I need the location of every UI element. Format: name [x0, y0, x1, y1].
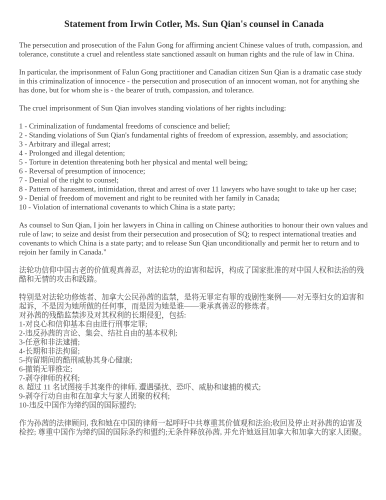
- list-item: 8. 超过 11 名试图接手其案件的律师, 遭遇骚扰、恐吓、威胁和逮捕的模式;: [19, 383, 369, 392]
- list-item: 8 - Pattern of harassment, intimidation,…: [19, 185, 369, 194]
- list-item: 5-拘留期间的酷刑威胁其身心健康;: [19, 356, 369, 365]
- list-item: 10-违反中国作为缔约国的国际盟约;: [19, 401, 369, 410]
- list-item: 3 - Arbitrary and illegal arrest;: [19, 140, 369, 149]
- list-item: 4 - Prolonged and illegal detention;: [19, 149, 369, 158]
- violations-list-zh: 1-对良心和信仰基本自由进行刑事定罪; 2-违反孙茜的言论、集会、结社自由的基本…: [19, 320, 369, 410]
- list-item: 5 - Torture in detention threatening bot…: [19, 158, 369, 167]
- paragraph-en-closing: As counsel to Sun Qian, I join her lawye…: [19, 221, 369, 257]
- list-item: 10 - Violation of international covenant…: [19, 203, 369, 212]
- paragraph-en-1: The persecution and prosecution of the F…: [19, 41, 369, 59]
- list-item: 1-对良心和信仰基本自由进行刑事定罪;: [19, 320, 369, 329]
- paragraph-zh-2: 特别是对法轮功修炼者、加拿大公民孙茜的监禁，是将无罪定有罪的戏剧性案例——对无辜…: [19, 293, 369, 311]
- paragraph-zh-1: 法轮功信仰中国古老的价值观真善忍，对法轮功的迫害和起诉，构成了国家批准的对中国人…: [19, 266, 369, 284]
- document-body: Statement from Irwin Cotler, Ms. Sun Qia…: [19, 0, 369, 446]
- paragraph-zh-intro-list: 对孙茜的残酷监禁涉及对其权利的长期侵犯，包括:: [19, 311, 369, 320]
- list-item: 3-任意和非法逮捕;: [19, 338, 369, 347]
- violations-list-en: 1 - Criminalization of fundamental freed…: [19, 122, 369, 212]
- list-item: 2 - Standing violations of Sun Qian's fu…: [19, 131, 369, 140]
- document-page: Statement from Irwin Cotler, Ms. Sun Qia…: [0, 0, 386, 500]
- paragraph-zh-closing: 作为孙茜的法律顾问, 我和她在中国的律师一起呼吁中共尊重其价值观和法治;收回及停…: [19, 419, 369, 437]
- document-title: Statement from Irwin Cotler, Ms. Sun Qia…: [19, 19, 369, 30]
- list-item: 7 - Denial of the right to counsel;: [19, 176, 369, 185]
- list-item: 9-剥夺行动自由和在加拿大与家人团聚的权利;: [19, 392, 369, 401]
- list-item: 6-撤销无罪推定;: [19, 365, 369, 374]
- list-item: 4-长期和非法拘留;: [19, 347, 369, 356]
- list-item: 2-违反孙茜的言论、集会、结社自由的基本权利;: [19, 329, 369, 338]
- list-item: 7-剥夺律师的权利;: [19, 374, 369, 383]
- list-item: 1 - Criminalization of fundamental freed…: [19, 122, 369, 131]
- list-item: 9 - Denial of freedom of movement and ri…: [19, 194, 369, 203]
- paragraph-en-2: In particular, the imprisonment of Falun…: [19, 68, 369, 95]
- list-item: 6 - Reversal of presumption of innocence…: [19, 167, 369, 176]
- paragraph-en-intro-list: The cruel imprisonment of Sun Qian invol…: [19, 104, 369, 113]
